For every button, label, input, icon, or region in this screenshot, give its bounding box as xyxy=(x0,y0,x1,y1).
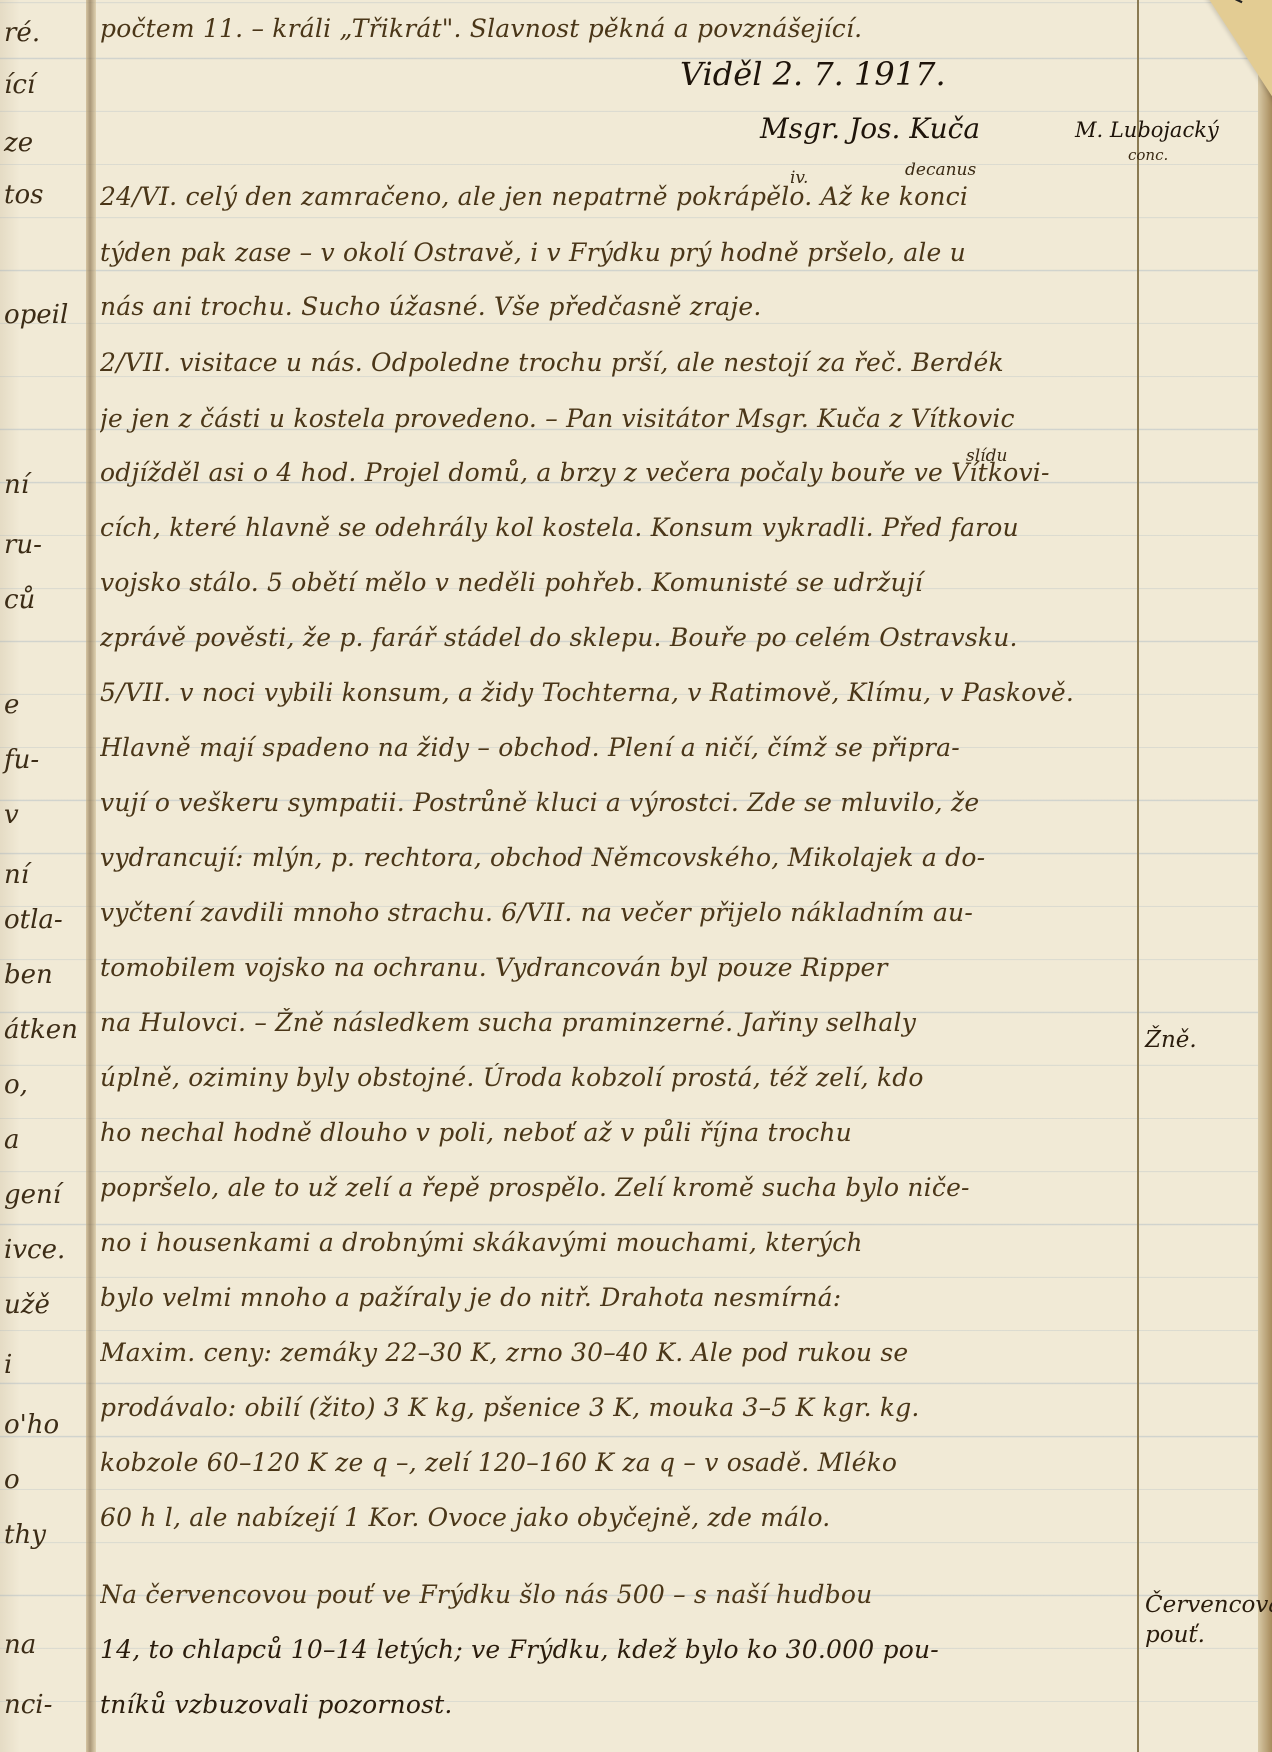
text-line: 5/VII. v noci vybili konsum, a židy Toch… xyxy=(100,678,1130,707)
text-line: cích, které hlavně se odehrály kol koste… xyxy=(100,513,1130,542)
text-line: bylo velmi mnoho a pažíraly je do nitř. … xyxy=(100,1283,1130,1312)
facing-page-fragment: ze xyxy=(4,128,33,158)
facing-page-fragment: ivce. xyxy=(4,1235,65,1265)
page-binding xyxy=(86,0,96,1752)
facing-page-fragment: átken xyxy=(4,1015,78,1045)
facing-page-fragment: o, xyxy=(4,1070,28,1100)
facing-page-fragment: o xyxy=(4,1465,20,1495)
facing-page-fragment: nci- xyxy=(4,1690,52,1720)
text-line: Maxim. ceny: zemáky 22–30 K, zrno 30–40 … xyxy=(100,1338,1130,1367)
facing-page-fragment: e xyxy=(4,690,19,720)
text-line: zprávě pověsti, že p. farář stádel do sk… xyxy=(100,623,1130,652)
text-line: Na červencovou pouť ve Frýdku šlo nás 50… xyxy=(100,1580,1130,1609)
side-note: Žně. xyxy=(1145,1025,1255,1055)
facing-page-fragment: ců xyxy=(4,585,35,615)
interlinear-note: iv. xyxy=(790,168,808,188)
facing-page-fragment: fu- xyxy=(4,745,39,775)
facing-page-fragment: ré. xyxy=(4,18,40,48)
text-line: no i housenkami a drobnými skákavými mou… xyxy=(100,1228,1130,1257)
text-line: ho nechal hodně dlouho v poli, neboť až … xyxy=(100,1118,1130,1147)
text-line: 60 h l, ale nabízejí 1 Kor. Ovoce jako o… xyxy=(100,1503,1130,1532)
facing-page-fragment: gení xyxy=(4,1180,61,1210)
page-edge xyxy=(1258,0,1272,1752)
text-line: vují o veškeru sympatii. Postrůně kluci … xyxy=(100,788,1130,817)
text-line: 24/VI. celý den zamračeno, ale jen nepat… xyxy=(100,182,1130,211)
text-line: úplně, oziminy byly obstojné. Úroda kobz… xyxy=(100,1063,1130,1092)
text-line: týden pak zase – v okolí Ostravě, i v Fr… xyxy=(100,238,1130,267)
text-line: na Hulovci. – Žně následkem sucha pramin… xyxy=(100,1008,1130,1037)
facing-page-fragment: thy xyxy=(4,1520,46,1550)
text-line: tomobilem vojsko na ochranu. Vydrancován… xyxy=(100,953,1130,982)
facing-page-fragment: ní xyxy=(4,860,29,890)
signatory-kuca: Msgr. Jos. Kuča xyxy=(760,112,980,145)
facing-page-fragment: o'ho xyxy=(4,1410,59,1440)
facing-page-fragment: opeil xyxy=(4,300,68,330)
text-line: počtem 11. – králi „Třikrát". Slavnost p… xyxy=(100,14,1130,43)
text-line: kobzole 60–120 K ze q –, zelí 120–160 K … xyxy=(100,1448,1130,1477)
facing-page-fragment: ru- xyxy=(4,530,42,560)
facing-page-fragment: otla- xyxy=(4,905,63,935)
text-line: je jen z části u kostela provedeno. – Pa… xyxy=(100,404,1130,433)
text-line: 2/VII. visitace u nás. Odpoledne trochu … xyxy=(100,348,1130,377)
facing-page-fragment: na xyxy=(4,1630,36,1660)
right-margin-line xyxy=(1137,0,1139,1752)
signatory-kuca-title: decanus xyxy=(905,160,976,180)
text-line: nás ani trochu. Sucho úžasné. Vše předča… xyxy=(100,292,1130,321)
facing-page-fragment: v xyxy=(4,800,19,830)
text-line: popršelo, ale to už zelí a řepě prospělo… xyxy=(100,1173,1130,1202)
signatory-lubojacky-title: conc. xyxy=(1128,146,1168,164)
text-line: 14, to chlapců 10–14 letých; ve Frýdku, … xyxy=(100,1635,1130,1664)
signatory-lubojacky: M. Lubojacký xyxy=(1075,118,1219,142)
text-line: vydrancují: mlýn, p. rechtora, obchod Ně… xyxy=(100,843,1130,872)
facing-page-fragment: ní xyxy=(4,470,29,500)
facing-page-fragment: i xyxy=(4,1350,12,1380)
facing-page-fragment: užě xyxy=(4,1290,50,1320)
notebook-page: m mě vin ré.ícízetosopeilníru-cůefu-vnío… xyxy=(0,0,1272,1752)
side-note: Červencová pouť. xyxy=(1145,1590,1255,1650)
interlinear-note: slídu xyxy=(966,446,1007,466)
seen-date-label: Viděl 2. 7. 1917. xyxy=(680,55,946,93)
text-line: vojsko stálo. 5 obětí mělo v neděli pohř… xyxy=(100,568,1130,597)
facing-page-fragment: a xyxy=(4,1125,20,1155)
text-line: Hlavně mají spadeno na židy – obchod. Pl… xyxy=(100,733,1130,762)
facing-page-fragment: ben xyxy=(4,960,53,990)
text-line: prodávalo: obilí (žito) 3 K kg, pšenice … xyxy=(100,1393,1130,1422)
facing-page-fragment: tos xyxy=(4,180,43,210)
text-line: vyčtení zavdili mnoho strachu. 6/VII. na… xyxy=(100,898,1130,927)
facing-page-fragment: ící xyxy=(4,70,35,100)
text-line: tníků vzbuzovali pozornost. xyxy=(100,1690,1130,1719)
